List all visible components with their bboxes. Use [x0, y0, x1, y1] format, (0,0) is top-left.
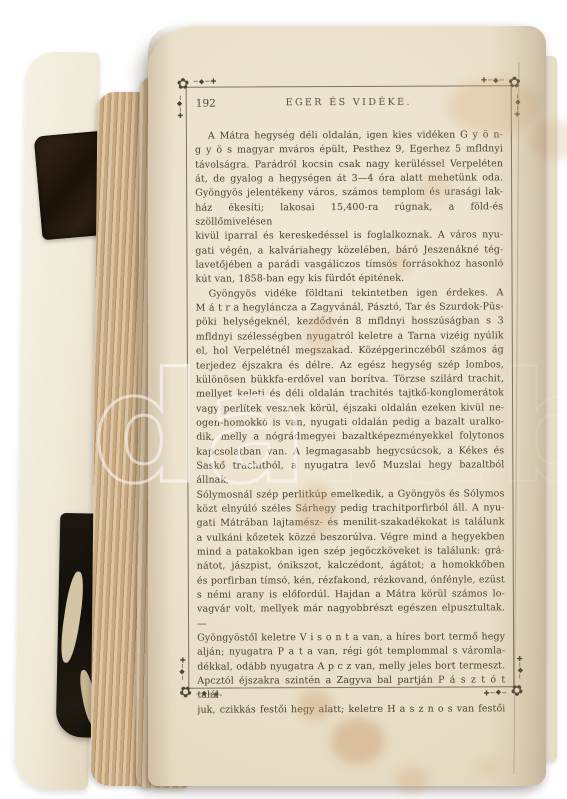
foxing-spot	[476, 758, 500, 776]
text-line: Gyöngyöstől keletre V i s o n t a van, a…	[197, 630, 505, 646]
paragraph: Gyöngyös vidéke földtani tekintetben ige…	[196, 286, 506, 718]
text-line: nátot, jászpist, ónikszot, kalczédont, á…	[197, 559, 505, 575]
book-page: ✿ ─◆─✚ ─◆─✚ ✿ ─◆─✚ ─◆─✚ ✿ ─◆─✚ ─◆─✚ ✿ ─◆…	[148, 26, 546, 786]
page-border-frame: ✿ ─◆─✚ ─◆─✚ ✿ ─◆─✚ ─◆─✚ ✿ ─◆─✚ ─◆─✚ ✿ ─◆…	[186, 85, 515, 688]
text-line: Sólymosnál szép perlitkúp emelkedik, a G…	[196, 487, 504, 503]
rule-accent-icon: ─◆─✚	[514, 94, 522, 118]
foxing-spot	[331, 718, 385, 764]
floral-knot-icon: ✿	[177, 77, 190, 92]
text-line: el, hol Verpelétnél megszakad. Középgeri…	[196, 343, 504, 359]
foxing-spot	[416, 174, 452, 204]
rule-accent-icon: ─◆─✚	[176, 96, 184, 120]
text-line: különösen bükkfa-erdővel van borítva. Tö…	[196, 372, 504, 388]
text-line: gati végén, a kalváriahegy közelében, bá…	[195, 243, 503, 259]
floral-knot-icon: ✿	[511, 682, 524, 697]
text-line: A Mátra hegység déli oldalán, igen kies …	[195, 128, 503, 144]
text-line: alján; nyugatra P a t a van, régi gót te…	[197, 645, 505, 661]
foxing-spot	[448, 78, 540, 134]
page-number: 192	[196, 98, 216, 110]
text-line: terjedez éjszakra és délre. Az egész heg…	[196, 358, 504, 374]
text-line: dékkal, odább nyugatra A p c z van, mell…	[197, 659, 505, 675]
rule-accent-icon: ─◆─✚	[516, 655, 524, 679]
text-line: a vulkáni kőzetek közzé beszorúlva. Végr…	[197, 530, 505, 546]
text-line: kút van, 1858-ban egy kis fürdőt épiténe…	[196, 272, 504, 288]
text-line: kivül iparral és kereskedéssel is foglal…	[195, 229, 503, 245]
foxing-spot	[304, 314, 338, 356]
text-line: gati Mátrában lajtamész- és menilit-szak…	[197, 516, 505, 532]
text-line: mfldnyi szélességben nyugatról keletre a…	[196, 329, 504, 345]
rule-accent-icon: ─◆─✚	[194, 78, 218, 86]
foxing-spot	[530, 120, 567, 160]
rule-accent-icon: ─◆─✚	[178, 656, 186, 680]
text-line: Gyöngyös vidéke földtani tekintetben ige…	[196, 286, 504, 302]
text-line: át, de gyalog a hegységen át 3—4 óra ala…	[195, 171, 503, 187]
text-line: vagy perlítek vesznek körül, éjszaki old…	[196, 401, 504, 417]
text-line: mind a patakokban igen szép jegöczköveke…	[197, 544, 505, 560]
text-line: ogen-homokkő is van, nyugati oldalán ped…	[196, 415, 504, 431]
text-line: Saskő trachitból, a nyugatra levő Muzsla…	[196, 458, 504, 488]
text-line: kapcsolatban van. A legmagasabb hegycsúc…	[196, 444, 504, 460]
foxing-spot	[386, 252, 412, 274]
rule-accent-icon: ─◆─✚	[483, 688, 507, 696]
text-line: távolságra. Parádról kocsin csak nagy ke…	[195, 157, 503, 173]
cover-worn-patch	[58, 570, 87, 663]
body-text: A Mátra hegység déli oldalán, igen kies …	[195, 128, 506, 717]
text-line: s némi arany is előfordúl. Hajdan a Mátr…	[197, 587, 505, 603]
foxing-spot	[296, 484, 336, 536]
text-line: és porfirban tímsó, kén, rézfakond, rézk…	[197, 573, 505, 589]
foxing-spot	[298, 690, 332, 720]
text-line: dik, melly a nógrádmegyei bazaltképezmén…	[196, 430, 504, 446]
text-line: mellyet keleti és déli oldalán trachités…	[196, 387, 504, 403]
text-line: g y ö s magyar mváros épült, Pesthez 9, …	[195, 143, 503, 159]
rule-accent-icon: ─◆─✚	[196, 690, 220, 698]
text-line: közt elnyúló széles Sárhegy pedig trachi…	[197, 501, 505, 517]
text-line: juk, czikkás festői hegy alatt; keletre …	[197, 702, 505, 718]
text-line: lavetőjében a parádi vasgáliczos tímsós …	[195, 257, 503, 273]
text-line: Gyöngyös jelentékeny város, számos templ…	[195, 186, 503, 202]
text-line: M á t r a hegyláncza a Zagyvánál, Pásztó…	[196, 300, 504, 316]
text-line: Apcztól éjszakra szintén a Zagyva bal pa…	[197, 673, 505, 703]
floral-knot-icon: ✿	[179, 684, 192, 699]
text-line: ház ékesíti; lakosai 15,400-ra rúgnak, a…	[195, 200, 503, 230]
gutter-crease	[514, 62, 520, 774]
text-line: vagvár volt, mellyek már nagyobbrészt eg…	[197, 602, 505, 632]
book-photo: ✿ ─◆─✚ ─◆─✚ ✿ ─◆─✚ ─◆─✚ ✿ ─◆─✚ ─◆─✚ ✿ ─◆…	[0, 0, 567, 799]
foxing-spot	[396, 768, 428, 792]
text-line: pöki helységeknél, kezdődvén 8 mfldnyi h…	[196, 315, 504, 331]
paragraph: A Mátra hegység déli oldalán, igen kies …	[195, 128, 504, 287]
floral-knot-icon: ✿	[508, 75, 521, 90]
